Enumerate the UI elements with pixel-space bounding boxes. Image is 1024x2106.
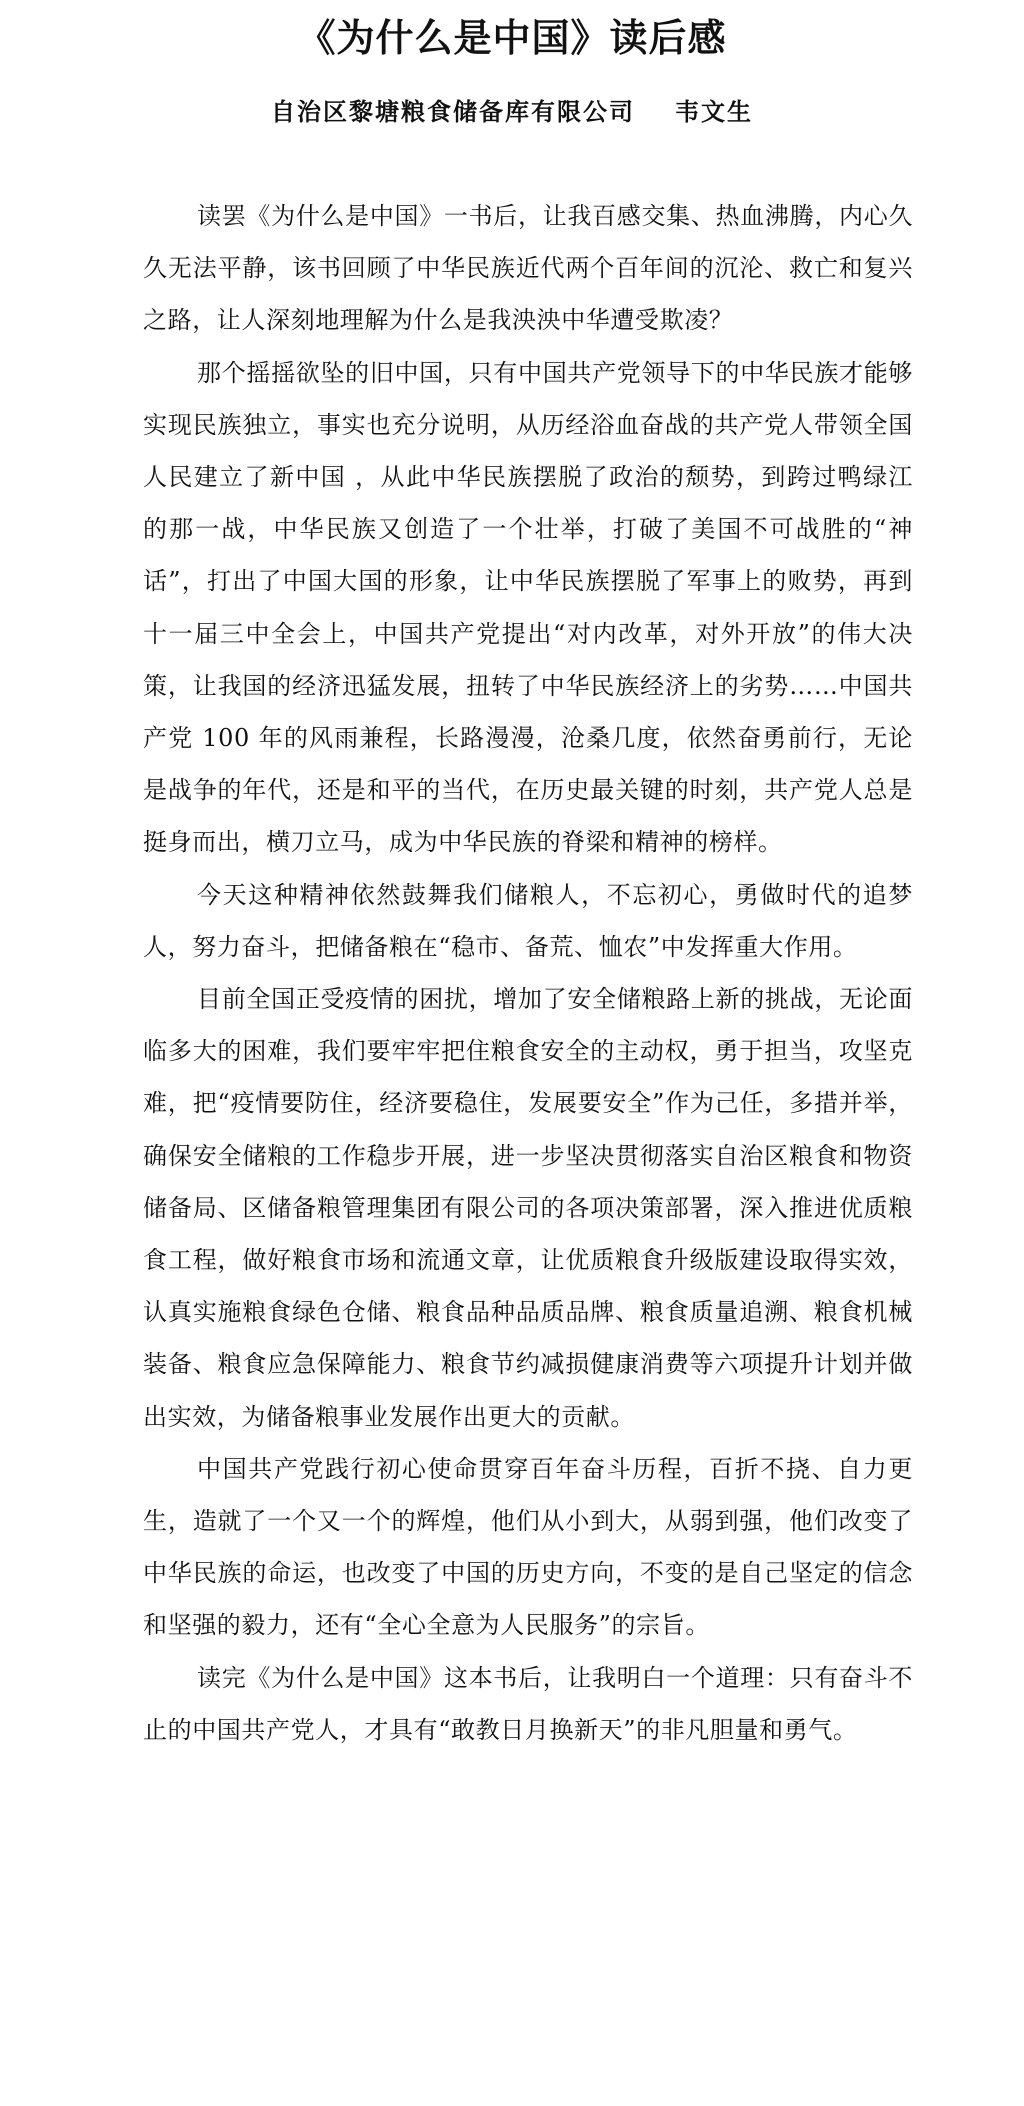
author-organization: 自治区黎塘粮食储备库有限公司 (271, 97, 635, 126)
author-line: 自治区黎塘粮食储备库有限公司韦文生 (0, 92, 1024, 132)
document-page: 《为什么是中国》读后感 自治区黎塘粮食储备库有限公司韦文生 读罢《为什么是中国》… (0, 0, 1024, 2106)
document-body: 读罢《为什么是中国》一书后，让我百感交集、热血沸腾，内心久久无法平静，该书回顾了… (143, 190, 913, 1756)
paragraph-4: 目前全国正受疫情的困扰，增加了安全储粮路上新的挑战，无论面临多大的困难，我们要牢… (143, 973, 913, 1443)
paragraph-6: 读完《为什么是中国》这本书后，让我明白一个道理：只有奋斗不止的中国共产党人，才具… (143, 1652, 913, 1756)
paragraph-5: 中国共产党践行初心使命贯穿百年奋斗历程，百折不挠、自力更生，造就了一个又一个的辉… (143, 1443, 913, 1652)
paragraph-2: 那个摇摇欲坠的旧中国，只有中国共产党领导下的中华民族才能够实现民族独立，事实也充… (143, 347, 913, 869)
document-title: 《为什么是中国》读后感 (0, 8, 1024, 68)
paragraph-1: 读罢《为什么是中国》一书后，让我百感交集、热血沸腾，内心久久无法平静，该书回顾了… (143, 190, 913, 347)
author-name: 韦文生 (675, 97, 753, 126)
paragraph-3: 今天这种精神依然鼓舞我们储粮人，不忘初心，勇做时代的追梦人，努力奋斗，把储备粮在… (143, 869, 913, 973)
